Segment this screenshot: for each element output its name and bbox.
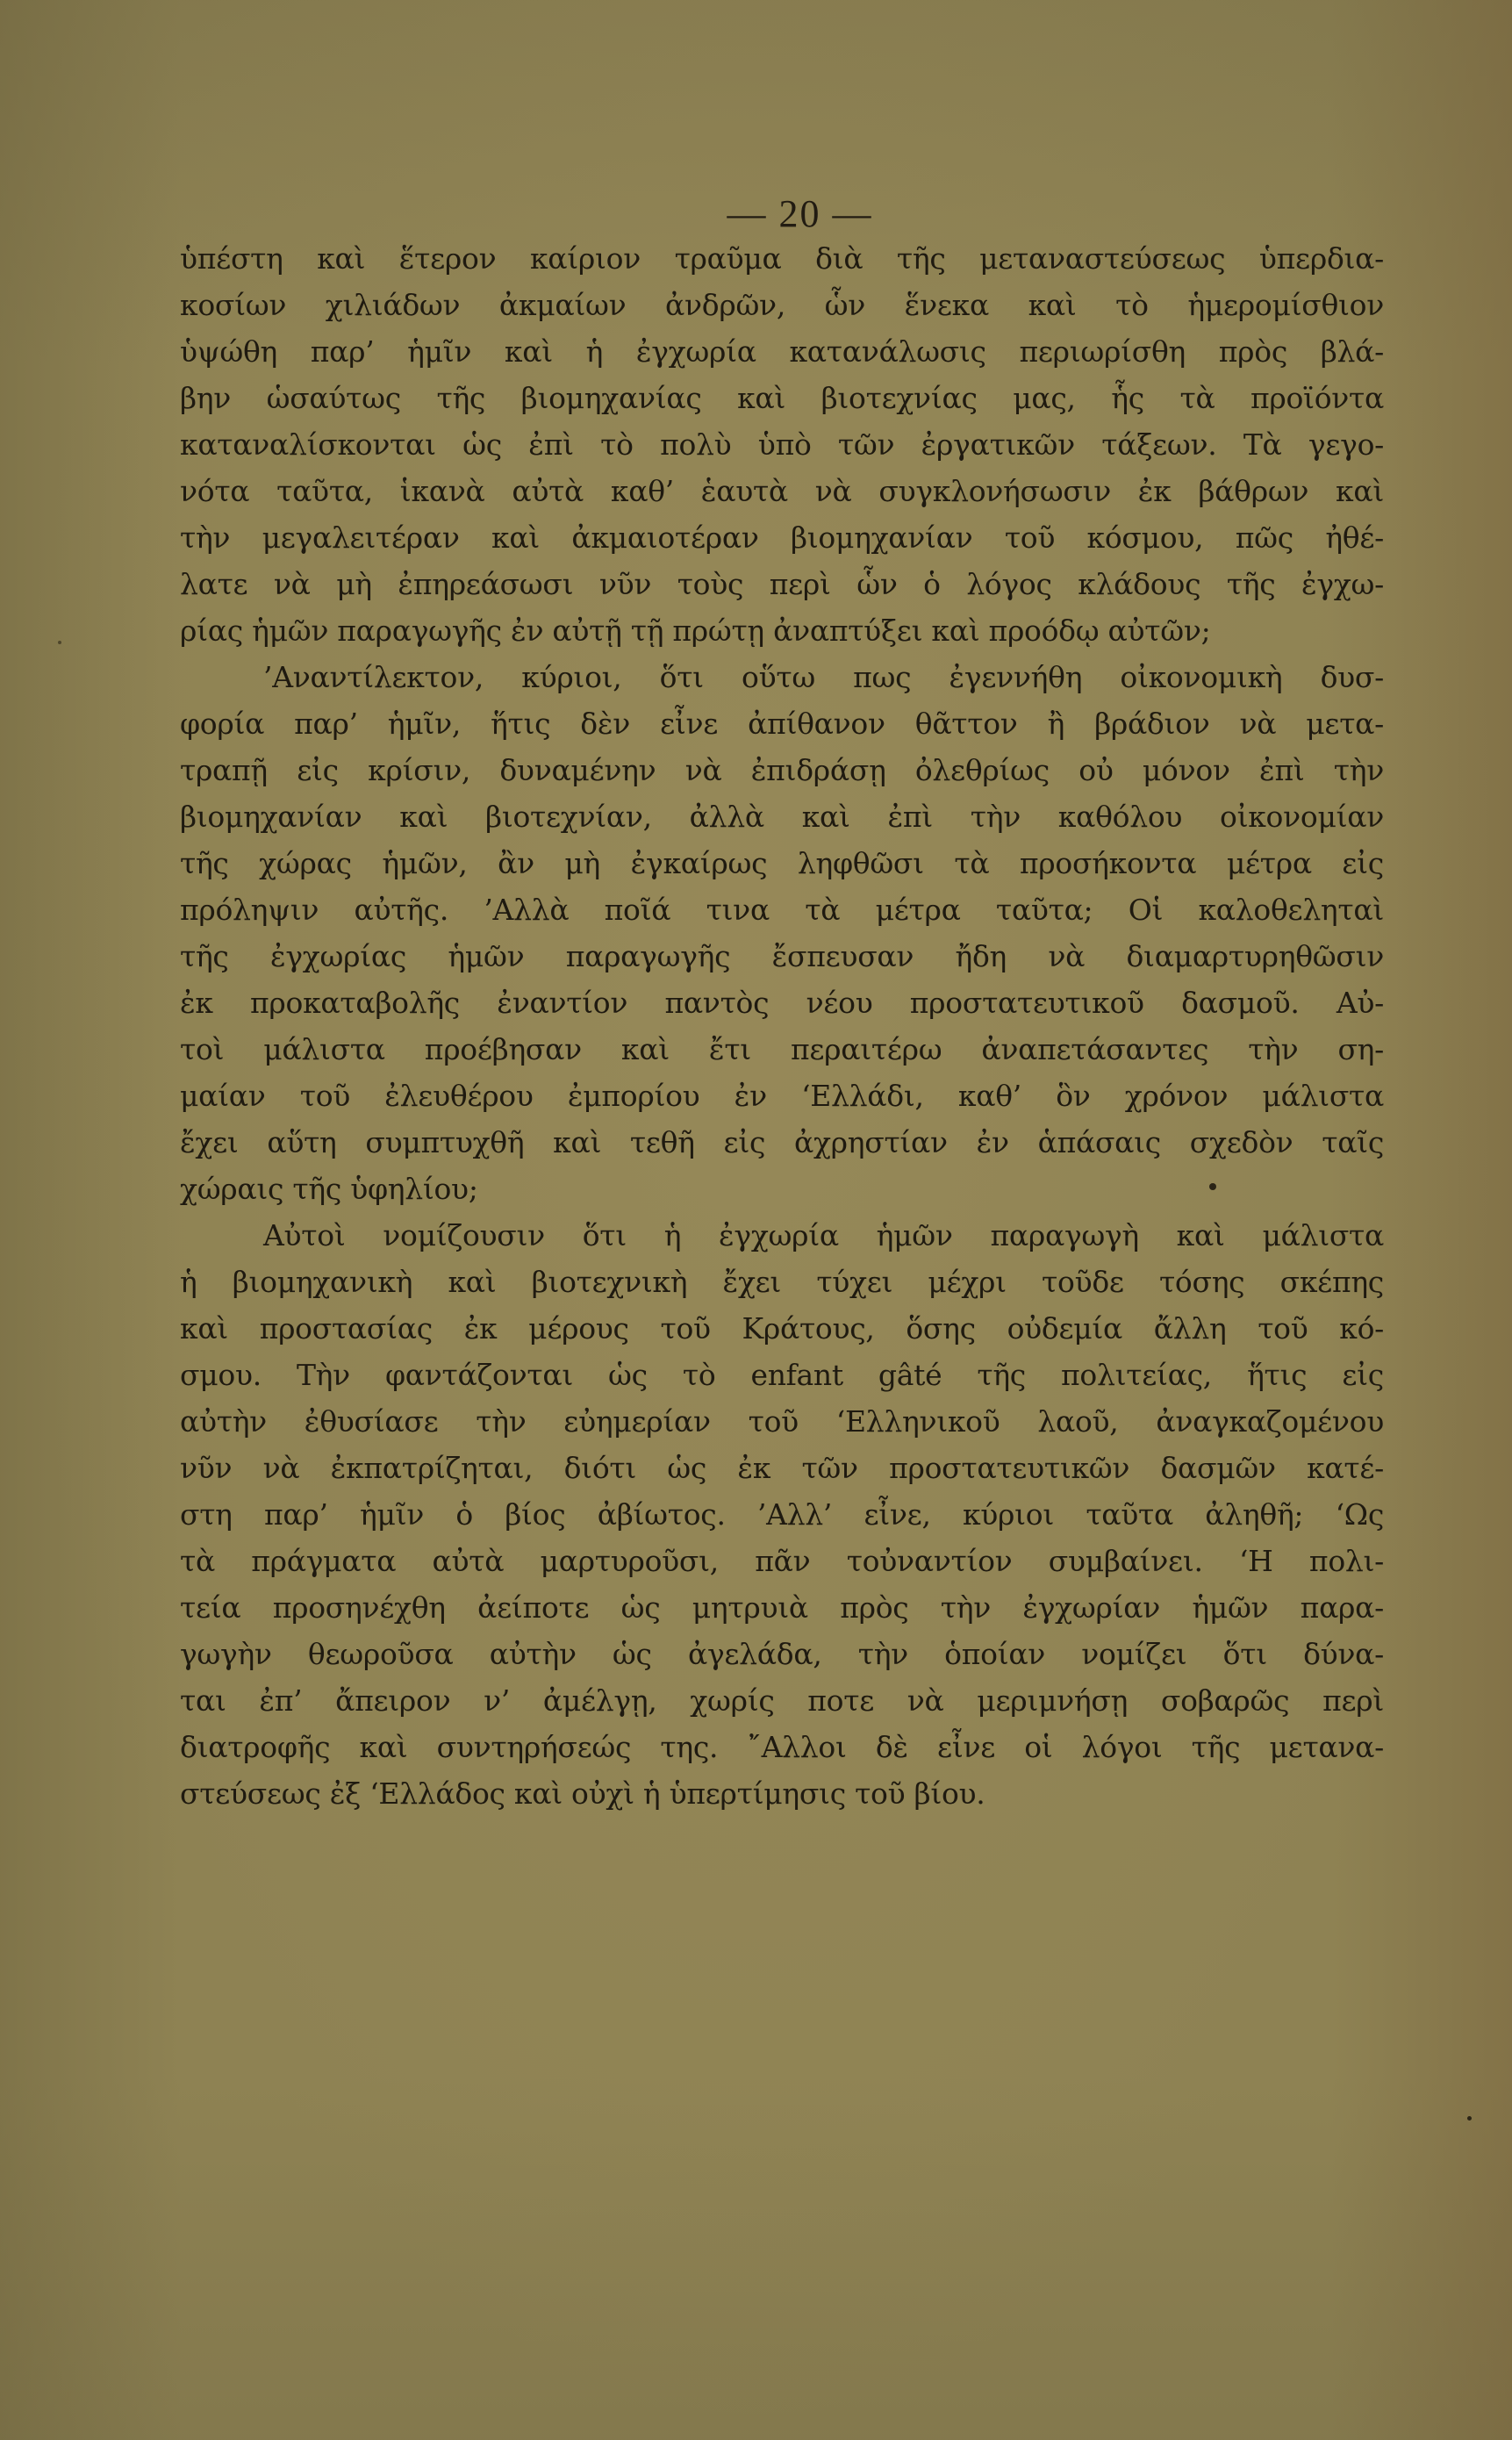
text-line: καταναλίσκονται ὡς ἐπὶ τὸ πολὺ ὑπὸ τῶν ἐ… — [180, 421, 1384, 468]
text-line: πρόληψιν αὐτῆς. ’Αλλὰ ποῖά τινα τὰ μέτρα… — [180, 886, 1384, 933]
text-line: τὰ πράγματα αὐτὰ μαρτυροῦσι, πᾶν τοὐναντ… — [180, 1538, 1384, 1584]
text-line: ἡ βιομηχανικὴ καὶ βιοτεχνικὴ ἔχει τύχει … — [180, 1259, 1384, 1305]
text-line: τραπῇ εἰς κρίσιν, δυναμένην νὰ ἐπιδράσῃ … — [180, 747, 1384, 793]
page-number: — 20 — — [0, 191, 1512, 236]
text-line: κοσίων χιλιάδων ἀκμαίων ἀνδρῶν, ὧν ἕνεκα… — [180, 282, 1384, 328]
text-line: ἐκ προκαταβολῆς ἐναντίον παντὸς νέου προ… — [180, 980, 1384, 1026]
text-line: τὴν μεγαλειτέραν καὶ ἀκμαιοτέραν βιομηχα… — [180, 514, 1384, 561]
text-line: σμου. Τὴν φαντάζονται ὡς τὸ enfant gâté … — [180, 1352, 1384, 1398]
paragraph-start-line: Αὐτοὶ νομίζουσιν ὅτι ἡ ἐγχωρία ἡμῶν παρα… — [180, 1212, 1384, 1259]
paragraph-start-line: ’Αναντίλεκτον, κύριοι, ὅτι οὕτω πως ἐγεν… — [180, 654, 1384, 700]
text-line: χώραις τῆς ὑφηλίου; — [180, 1166, 1384, 1212]
text-line: τῆς χώρας ἡμῶν, ἂν μὴ ἐγκαίρως ληφθῶσι τ… — [180, 840, 1384, 886]
text-line: νότα ταῦτα, ἱκανὰ αὐτὰ καθ’ ἑαυτὰ νὰ συγ… — [180, 468, 1384, 514]
text-line: τεία προσηνέχθη ἀείποτε ὡς μητρυιὰ πρὸς … — [180, 1584, 1384, 1631]
text-line: νῦν νὰ ἐκπατρίζηται, διότι ὡς ἐκ τῶν προ… — [180, 1445, 1384, 1491]
text-line: φορία παρ’ ἡμῖν, ἥτις δὲν εἶνε ἀπίθανον … — [180, 700, 1384, 747]
text-line: ται ἐπ’ ἄπειρον ν’ ἀμέλγῃ, χωρίς ποτε νὰ… — [180, 1677, 1384, 1724]
text-line: τοὶ μάλιστα προέβησαν καὶ ἔτι περαιτέρω … — [180, 1026, 1384, 1073]
text-line: ἔχει αὕτη συμπτυχθῆ καὶ τεθῆ εἰς ἀχρηστί… — [180, 1119, 1384, 1166]
text-line: στη παρ’ ἡμῖν ὁ βίος ἀβίωτος. ’Αλλ’ εἶνε… — [180, 1491, 1384, 1538]
text-line: μαίαν τοῦ ἐλευθέρου ἐμπορίου ἐν ‘Ελλάδι,… — [180, 1073, 1384, 1119]
text-line: ὑψώθη παρ’ ἡμῖν καὶ ἡ ἐγχωρία κατανάλωσι… — [180, 328, 1384, 375]
text-line: αὐτὴν ἐθυσίασε τὴν εὐημερίαν τοῦ ‘Ελληνι… — [180, 1398, 1384, 1445]
paper-speck — [1209, 1183, 1216, 1190]
text-line: στεύσεως ἐξ ‘Ελλάδος καὶ οὐχὶ ἡ ὑπερτίμη… — [180, 1770, 1384, 1817]
text-line: ὑπέστη καὶ ἕτερον καίριον τραῦμα διὰ τῆς… — [180, 235, 1384, 282]
text-line: ρίας ἡμῶν παραγωγῆς ἐν αὐτῇ τῇ πρώτῃ ἀνα… — [180, 607, 1384, 654]
body-text: ὑπέστη καὶ ἕτερον καίριον τραῦμα διὰ τῆς… — [180, 235, 1384, 1817]
paper-speck — [1467, 2116, 1472, 2121]
scanned-page: — 20 — ὑπέστη καὶ ἕτερον καίριον τραῦμα … — [0, 0, 1512, 2440]
text-line: βιομηχανίαν καὶ βιοτεχνίαν, ἀλλὰ καὶ ἐπὶ… — [180, 793, 1384, 840]
text-line: τῆς ἐγχωρίας ἡμῶν παραγωγῆς ἔσπευσαν ἤδη… — [180, 933, 1384, 980]
text-line: καὶ προστασίας ἐκ μέρους τοῦ Κράτους, ὅσ… — [180, 1305, 1384, 1352]
text-line: βην ὡσαύτως τῆς βιομηχανίας καὶ βιοτεχνί… — [180, 375, 1384, 421]
text-line: γωγὴν θεωροῦσα αὐτὴν ὡς ἀγελάδα, τὴν ὁπο… — [180, 1631, 1384, 1677]
paper-speck — [58, 641, 61, 644]
text-line: διατροφῆς καὶ συντηρήσεώς της. ῎Αλλοι δὲ… — [180, 1724, 1384, 1770]
text-line: λατε νὰ μὴ ἐπηρεάσωσι νῦν τοὺς περὶ ὧν ὁ… — [180, 561, 1384, 607]
